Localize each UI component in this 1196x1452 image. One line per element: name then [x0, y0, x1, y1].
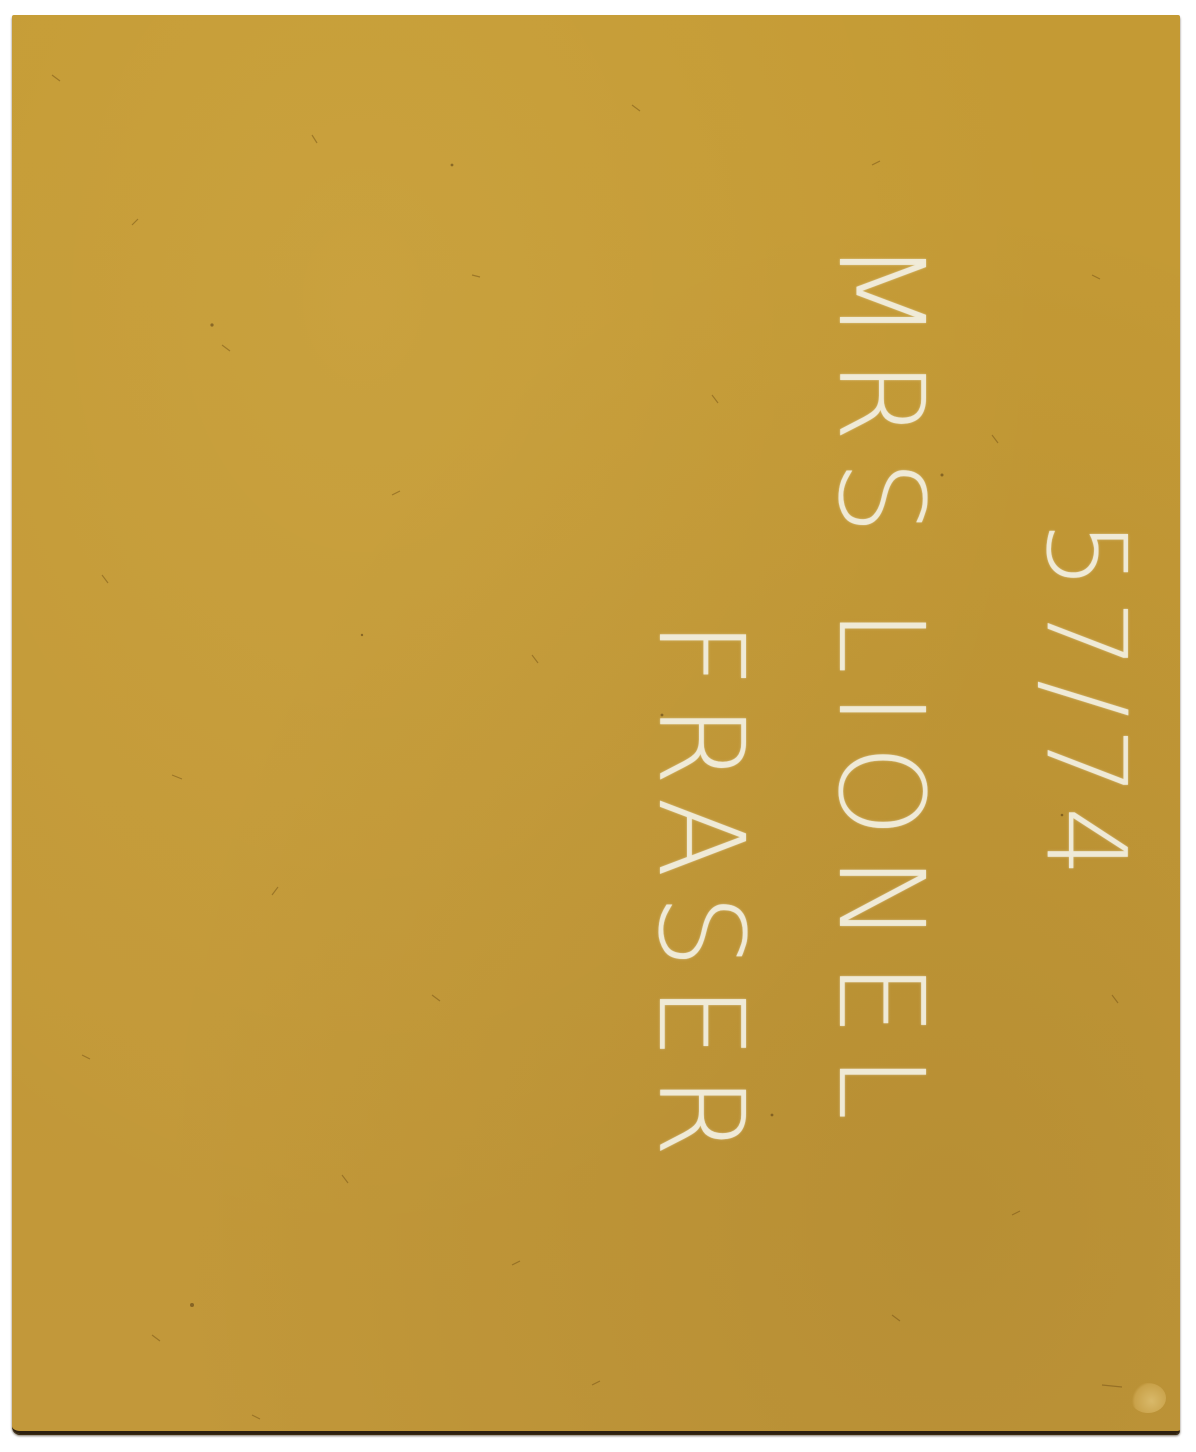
worn-corner: [1130, 1383, 1166, 1413]
paper-fiber-texture: [12, 15, 1180, 1431]
chalk-inscription-number: 57/74: [1022, 520, 1150, 887]
chalk-inscription-name-line2: FRASER: [632, 620, 770, 1173]
chalk-inscription-name-line1: MRS LIONEL: [812, 240, 950, 1138]
cardboard-backing: [12, 15, 1180, 1434]
